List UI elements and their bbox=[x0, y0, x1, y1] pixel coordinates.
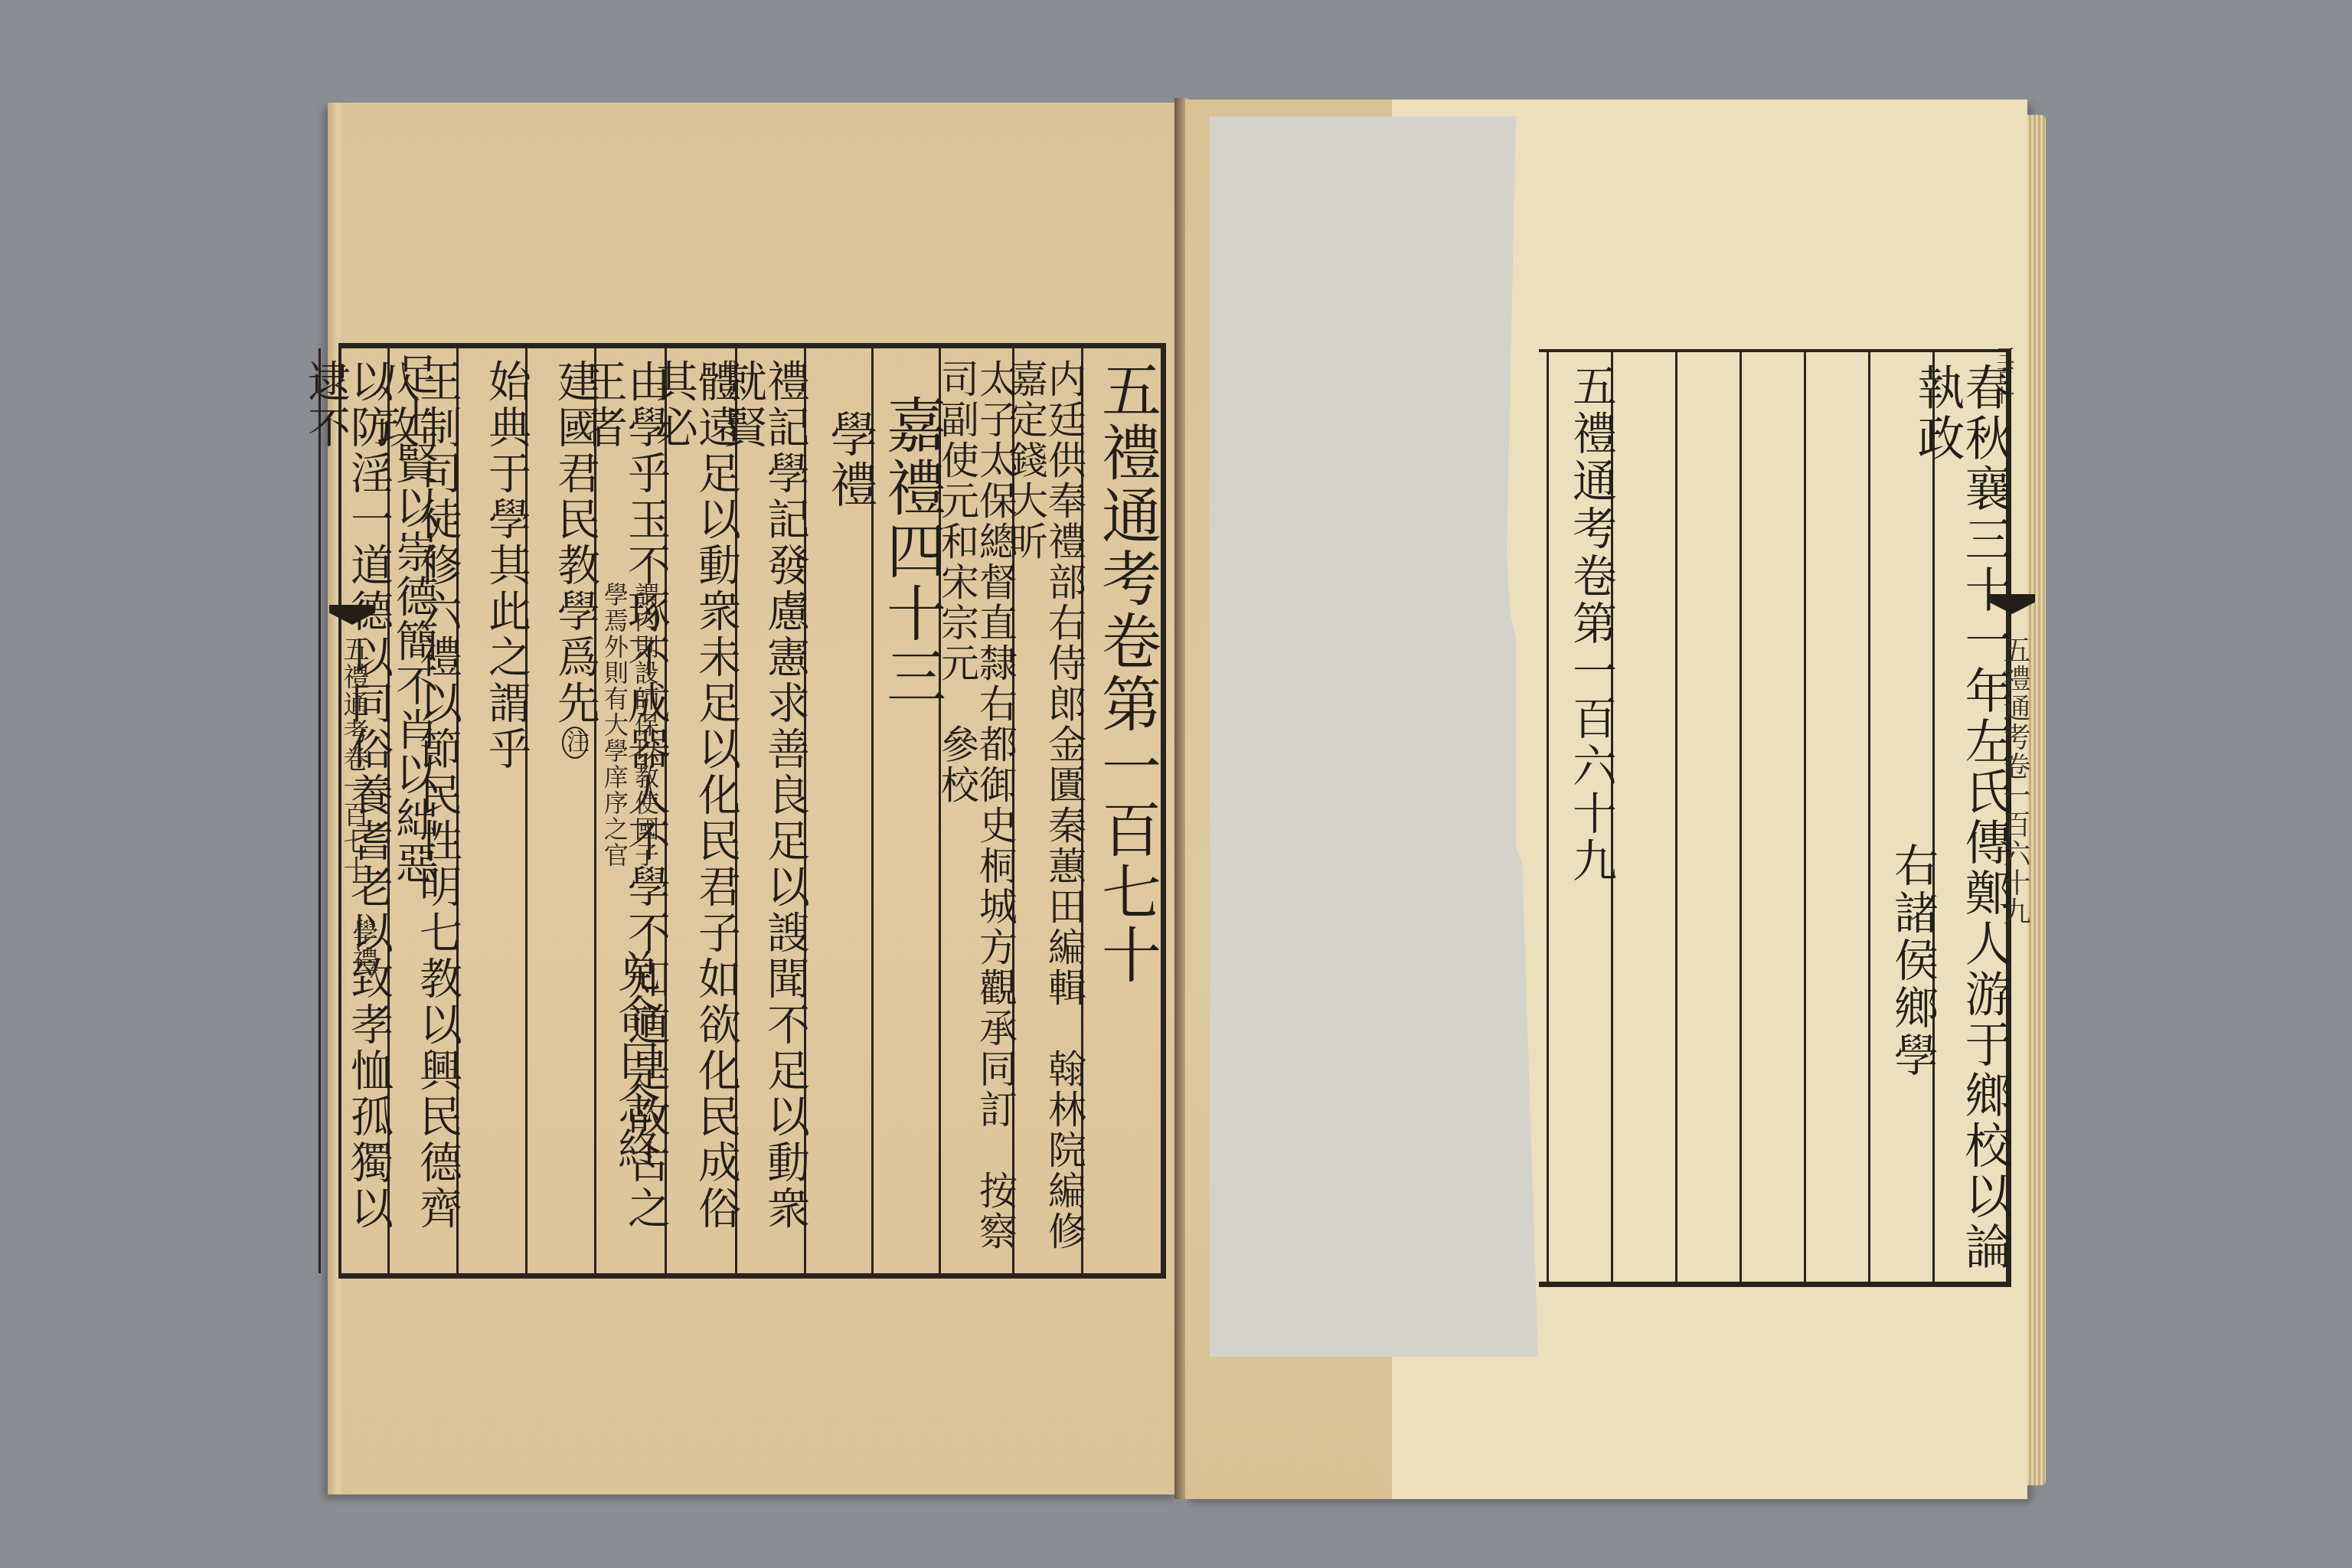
blank-column bbox=[1675, 352, 1742, 1282]
blank-column bbox=[1739, 352, 1806, 1282]
blank-column bbox=[1804, 352, 1870, 1282]
end-title-column: 五禮通考卷第一百六十九 bbox=[1547, 352, 1613, 1282]
editor-credit: 内廷供奉禮部右侍郎金匱秦蕙田編輯 翰林院編修嘉定錢大昕 bbox=[1007, 348, 1083, 1273]
top-mark: 三百卄 bbox=[1991, 346, 2017, 406]
commentary-col-b: 學焉外則有大學庠序之官 bbox=[597, 582, 632, 903]
editor-column: 内廷供奉禮部右侍郎金匱秦蕙田編輯 翰林院編修嘉定錢大昕 bbox=[1012, 348, 1083, 1273]
book-spread: 五禮通考卷第一百七十 内廷供奉禮部右侍郎金匱秦蕙田編輯 翰林院編修嘉定錢大昕 太… bbox=[0, 0, 2352, 1568]
body-column-4-tail: 兑命曰念終 bbox=[605, 949, 666, 1171]
commentary-col-a: 謂内則設師保以教使國子 bbox=[628, 582, 663, 903]
right-fold-margin-title: 五禮通考卷一百六十九 bbox=[1995, 635, 2034, 926]
section-column: 嘉禮四十三 bbox=[871, 348, 941, 1273]
end-title: 五禮通考卷第一百六十九 bbox=[1569, 352, 1613, 1282]
volume-title: 五禮通考卷第一百七十 bbox=[1096, 348, 1156, 1273]
subsection-heading: 學禮 bbox=[826, 348, 874, 1273]
blank-column bbox=[1611, 352, 1677, 1282]
title-column: 五禮通考卷第一百七十 bbox=[1081, 348, 1156, 1273]
section-heading: 嘉禮四十三 bbox=[881, 348, 941, 1273]
annotation-mark: 注 bbox=[562, 727, 588, 759]
fold-margin-title: 五禮通考卷一百七十 bbox=[335, 635, 373, 884]
body-column-8: 足上賢以崇德簡不肖以絀惡 bbox=[383, 352, 444, 885]
fold-margin-section: 學禮 bbox=[345, 919, 382, 974]
right-print-frame: 春秋襄三十一年左氏傳鄭人游于鄉校以論執政 右諸侯鄉學 五禮通考卷第一百六十九 bbox=[1539, 349, 2011, 1287]
left-print-frame: 五禮通考卷第一百七十 内廷供奉禮部右侍郎金匱秦蕙田編輯 翰林院編修嘉定錢大昕 太… bbox=[338, 343, 1166, 1279]
collator-credit: 太子太保總督直隸右都御史桐城方觀承同訂 按察司副使元和宋宗元 參校 bbox=[938, 348, 1014, 1273]
body-column-5: 始典于學其此之謂乎 bbox=[456, 348, 528, 1273]
body-column-2: 體遠足以動衆未足以化民君子如欲化民成俗其必 bbox=[665, 348, 737, 1273]
right-body-column-2: 右諸侯鄉學 bbox=[1868, 352, 1935, 1282]
page-number: 一 bbox=[346, 1133, 390, 1165]
body-column-4: 建國君民教學爲先注 bbox=[525, 348, 596, 1273]
body-column-1: 禮記學記發慮憲求善良足以謏聞不足以動衆就賢 bbox=[735, 348, 806, 1273]
subsection-column: 學禮 bbox=[804, 348, 874, 1273]
collator-column: 太子太保總督直隸右都御史桐城方觀承同訂 按察司副使元和宋宗元 參校 bbox=[939, 348, 1014, 1273]
